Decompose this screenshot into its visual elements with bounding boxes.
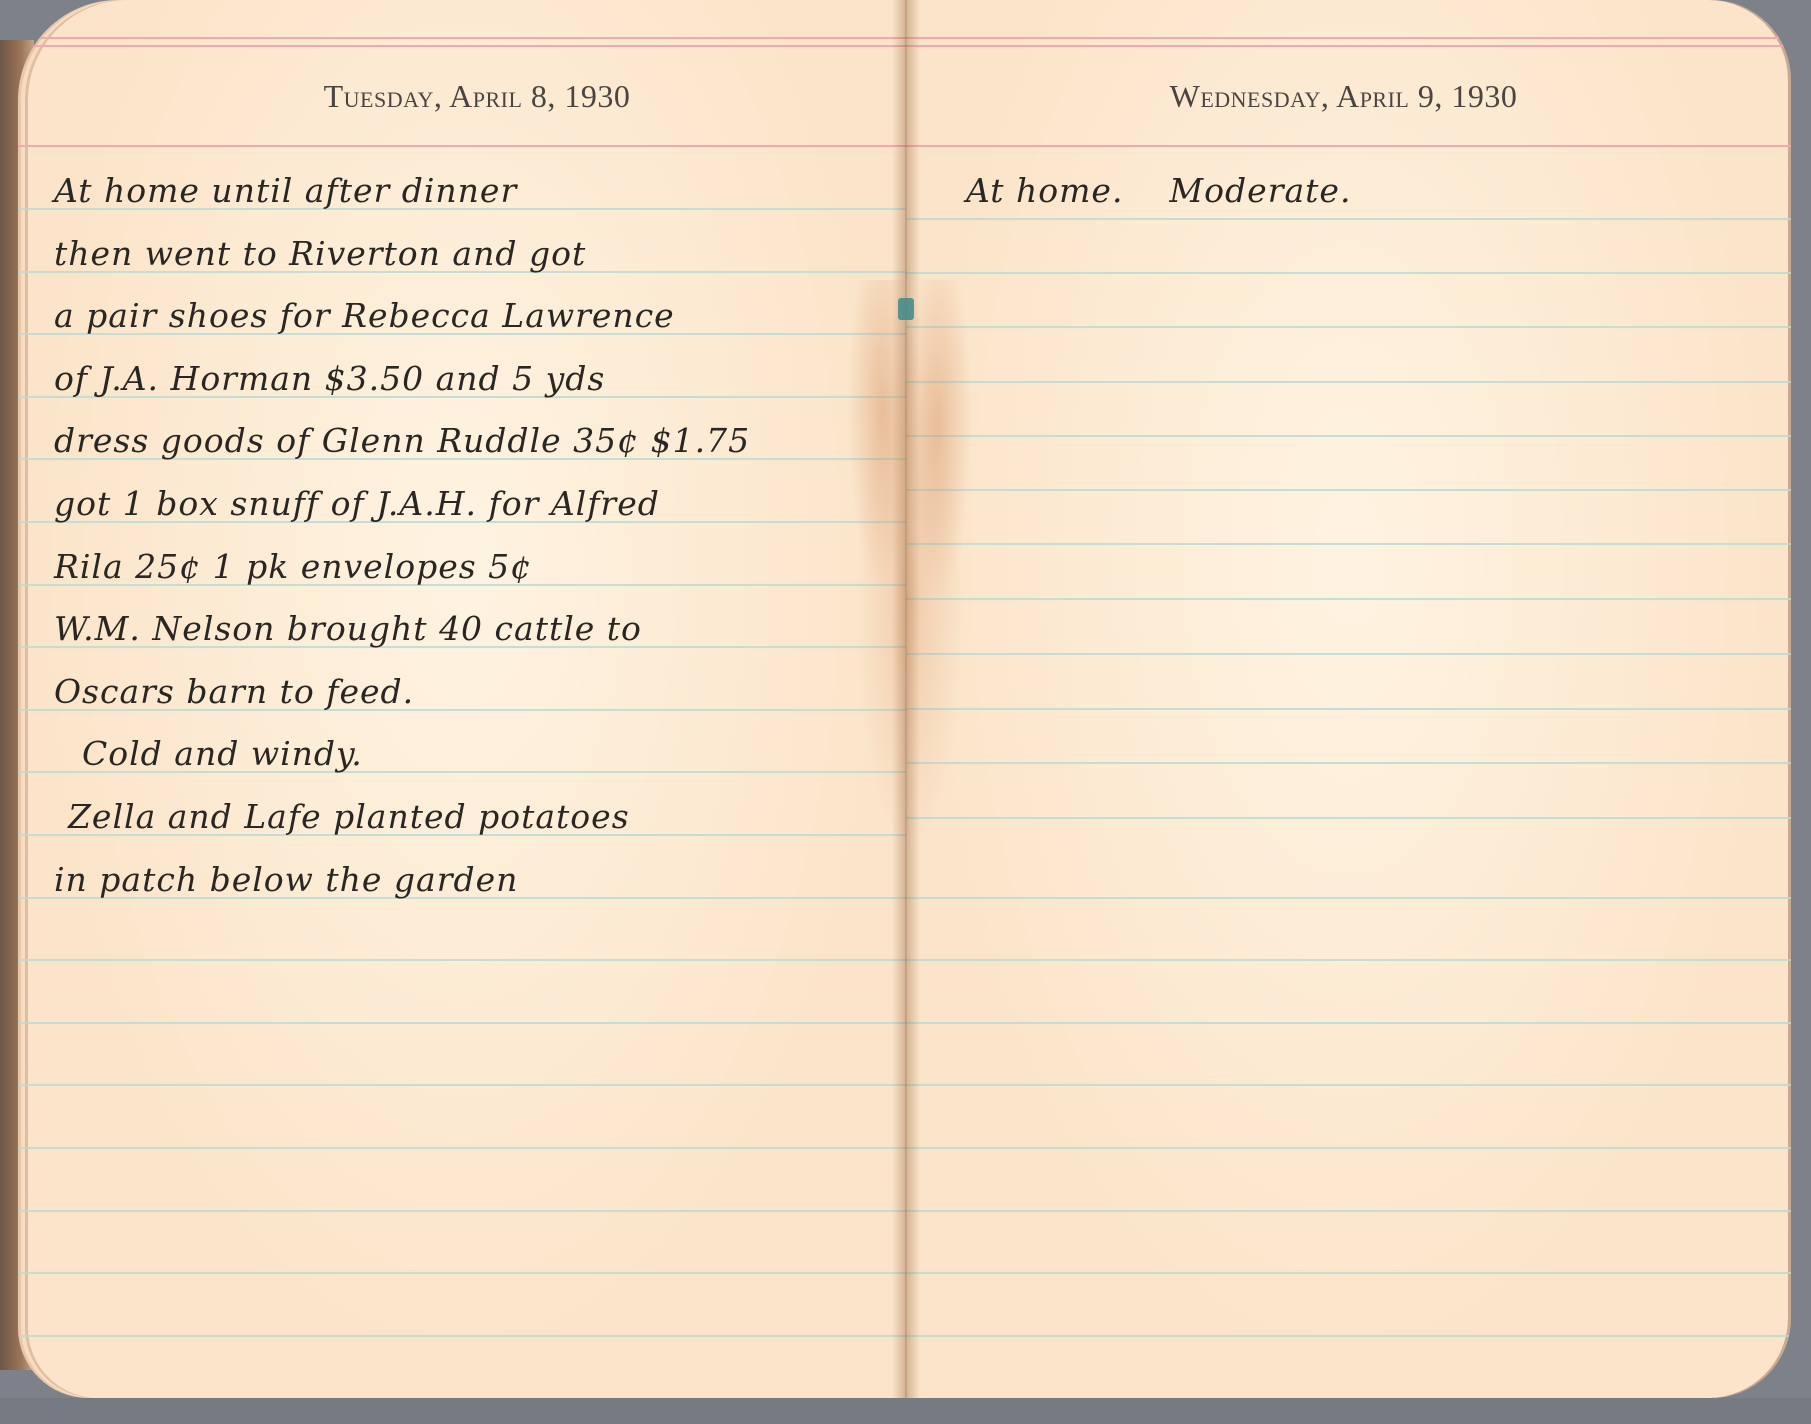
- ruled-line: [906, 272, 1791, 274]
- ruled-line: [906, 959, 1791, 961]
- entry-line: then went to Riverton and got: [54, 223, 886, 286]
- entry-line: Rila 25¢ 1 pk envelopes 5¢: [54, 536, 886, 599]
- entry-line: At home until after dinner: [54, 160, 886, 223]
- ruled-line: [906, 817, 1791, 819]
- ruled-line: [906, 435, 1791, 437]
- binding-thread: [898, 298, 914, 320]
- ruled-line: [906, 381, 1791, 383]
- ruled-line: [906, 598, 1791, 600]
- entry-line: Zella and Lafe planted potatoes: [54, 786, 886, 849]
- entry-line: in patch below the garden: [54, 849, 886, 912]
- ruled-line: [906, 762, 1791, 764]
- entry-line: got 1 box snuff of J.A.H. for Alfred: [54, 473, 886, 536]
- ruled-line: [906, 1335, 1791, 1337]
- entry-line: W.M. Nelson brought 40 cattle to: [54, 598, 886, 661]
- diary-spread: Tuesday, April 8, 1930 At home until aft…: [0, 0, 1811, 1424]
- handwritten-entry: At home. Moderate.: [966, 160, 1771, 223]
- entry-line: dress goods of Glenn Ruddle 35¢ $1.75: [54, 410, 886, 473]
- left-page: Tuesday, April 8, 1930 At home until aft…: [18, 0, 906, 1398]
- pink-rule: [18, 45, 906, 47]
- ruled-line: [906, 1022, 1791, 1024]
- entry-line: a pair shoes for Rebecca Lawrence: [54, 285, 886, 348]
- handwritten-entry: At home until after dinner then went to …: [54, 160, 886, 911]
- ruled-line: [906, 543, 1791, 545]
- ruled-line: [906, 897, 1791, 899]
- ruled-line: [18, 1022, 906, 1024]
- pink-rule: [18, 145, 906, 147]
- ruled-line: [18, 1147, 906, 1149]
- entry-line: At home. Moderate.: [966, 160, 1771, 223]
- date-header: Tuesday, April 8, 1930: [18, 78, 906, 115]
- ruled-line: [18, 959, 906, 961]
- pink-rule: [906, 37, 1791, 39]
- entry-line: of J.A. Horman $3.50 and 5 yds: [54, 348, 886, 411]
- pink-rule: [906, 45, 1791, 47]
- entry-line: Cold and windy.: [54, 723, 886, 786]
- ruled-line: [906, 1210, 1791, 1212]
- ruled-line: [906, 1147, 1791, 1149]
- ruled-line: [906, 708, 1791, 710]
- ruled-line: [906, 1084, 1791, 1086]
- ruled-line: [906, 1272, 1791, 1274]
- right-page: Wednesday, April 9, 1930 At home. Modera…: [906, 0, 1791, 1398]
- ruled-line: [906, 653, 1791, 655]
- ruled-line: [906, 326, 1791, 328]
- pink-rule: [906, 145, 1791, 147]
- ruled-line: [906, 489, 1791, 491]
- ruled-line: [18, 1335, 906, 1337]
- ruled-line: [18, 1210, 906, 1212]
- background-surface: [0, 1398, 1811, 1424]
- entry-line: Oscars barn to feed.: [54, 661, 886, 724]
- ruled-line: [18, 1084, 906, 1086]
- date-header: Wednesday, April 9, 1930: [906, 78, 1791, 115]
- foxing-stain: [840, 280, 980, 920]
- pink-rule: [18, 37, 906, 39]
- ruled-line: [18, 1272, 906, 1274]
